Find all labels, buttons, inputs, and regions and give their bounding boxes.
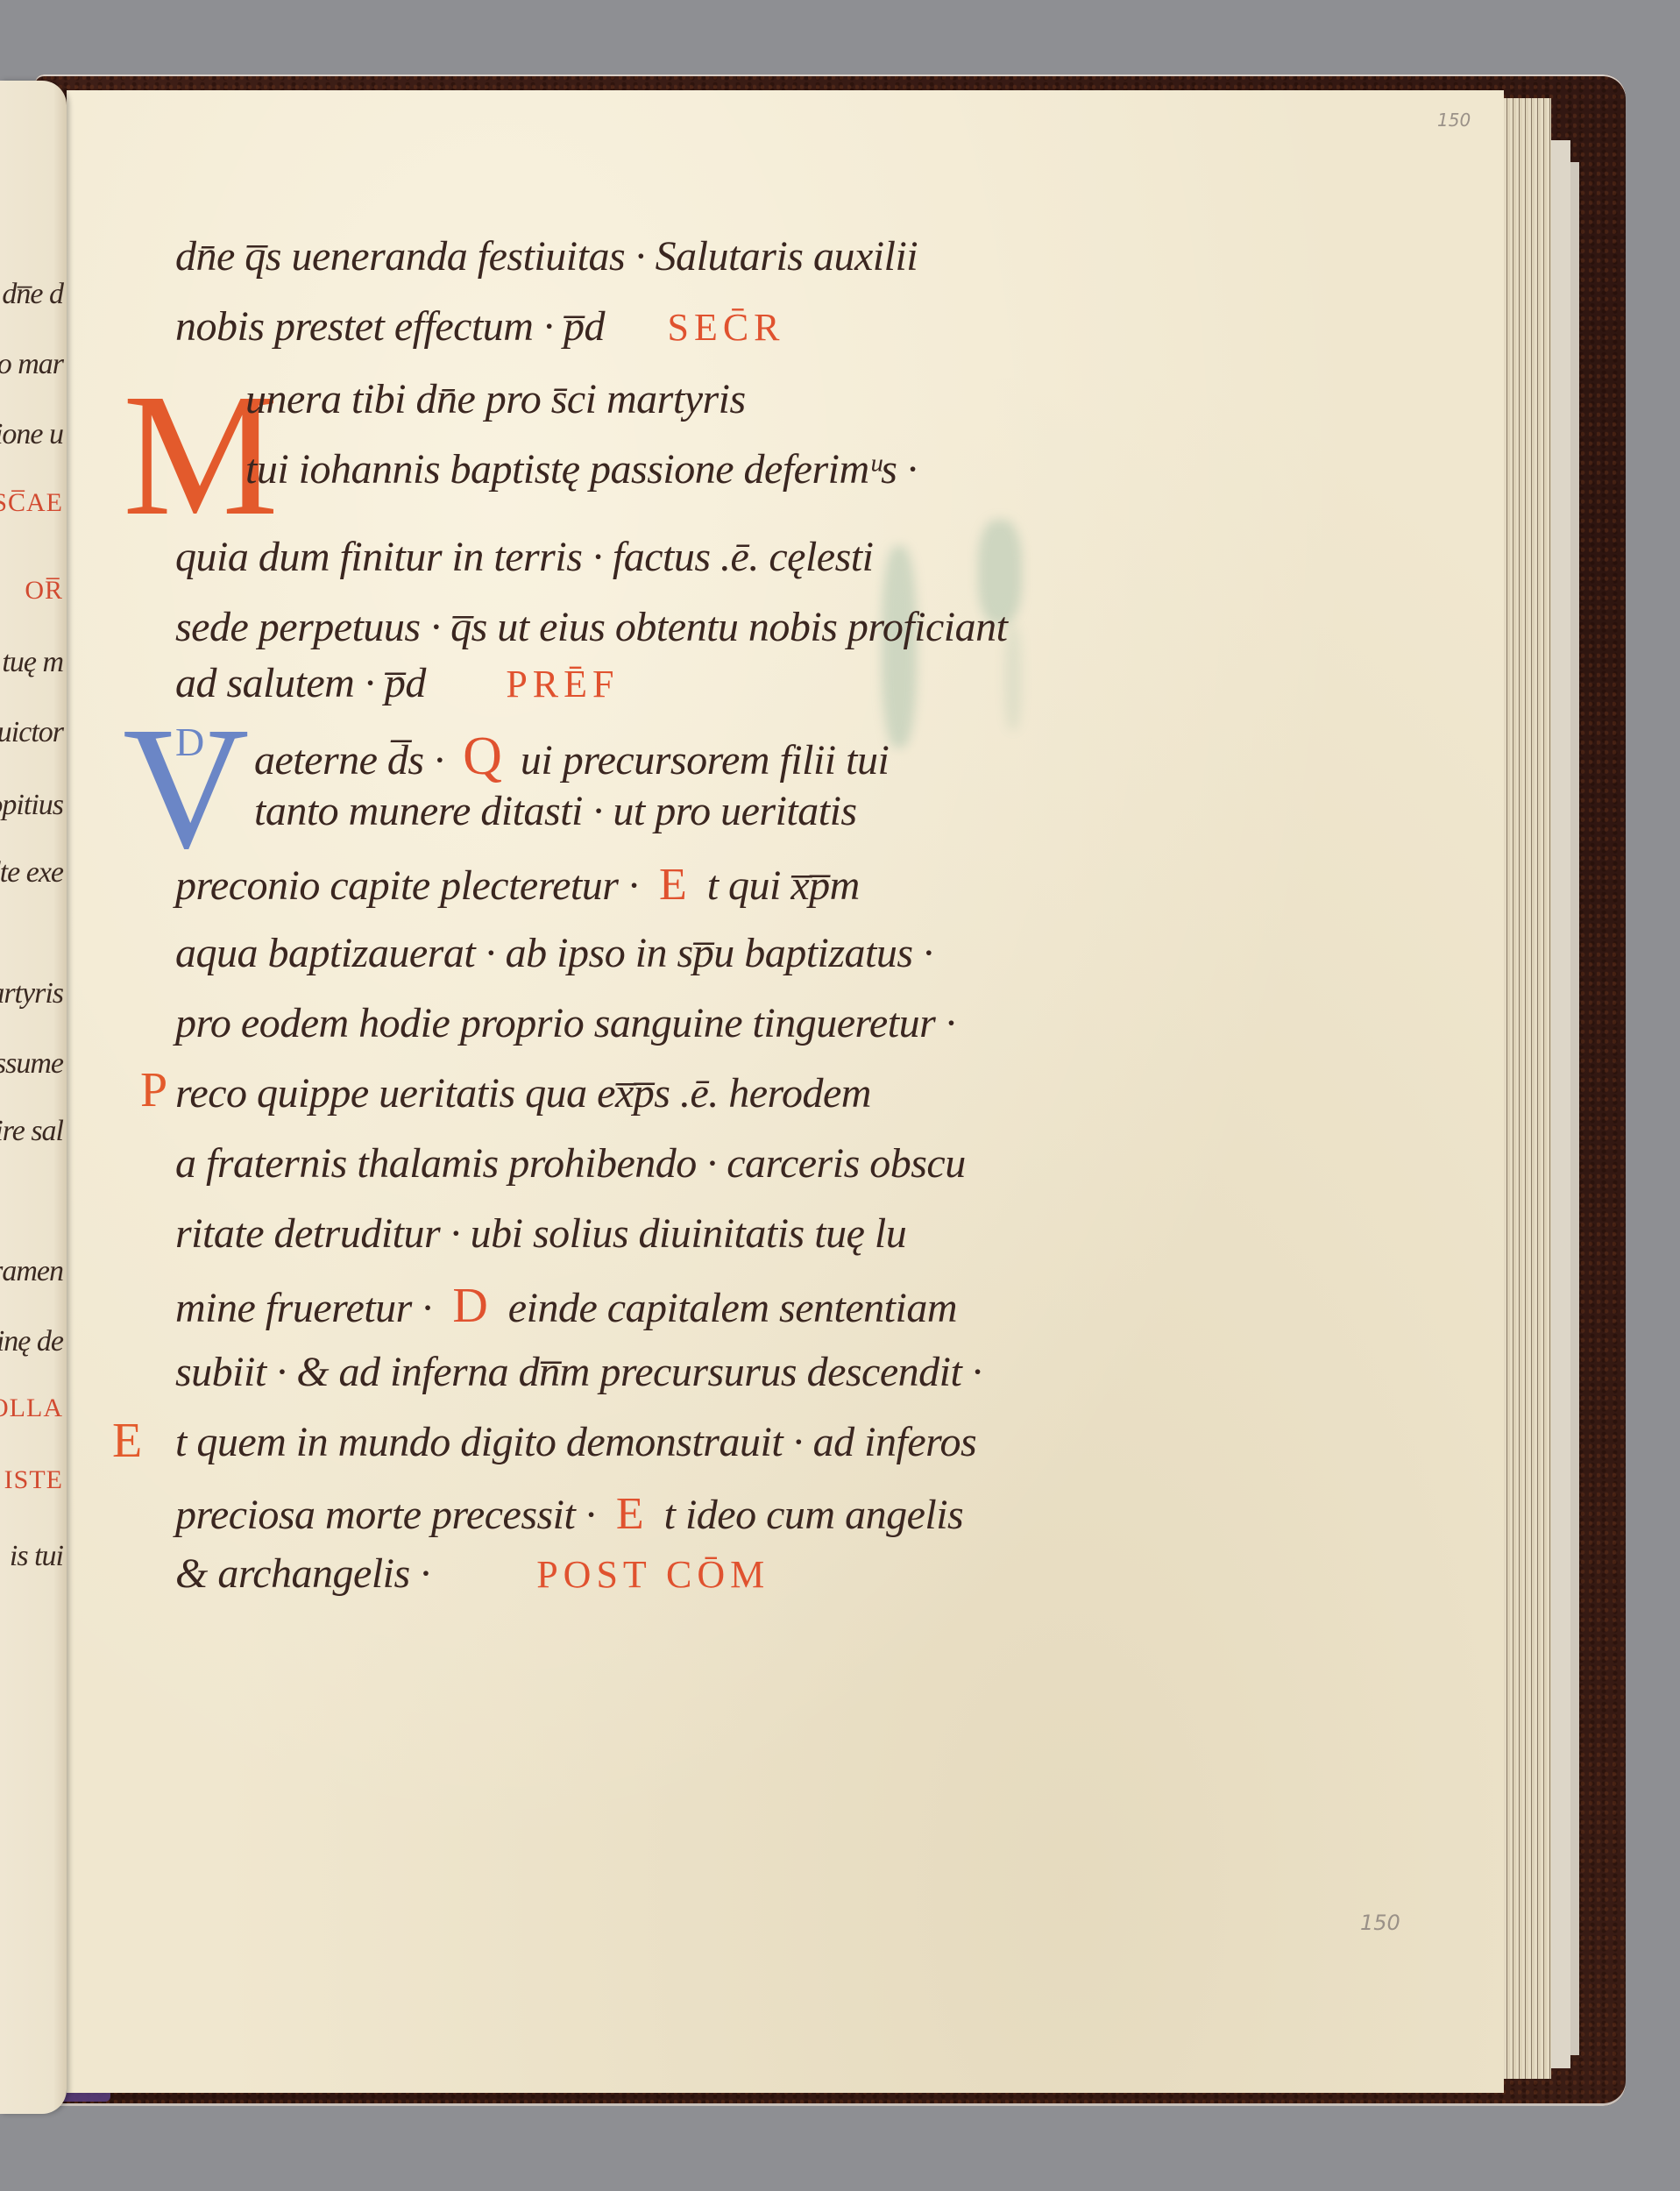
rubric-prefatio: PRĒF — [506, 663, 619, 706]
text-line-17: subiit · & ad inferna dn̅m precursurus d… — [175, 1348, 982, 1396]
red-initial-E-2: E — [616, 1489, 643, 1539]
folio-number-top: 150 — [1437, 110, 1471, 131]
red-initial-P: P — [140, 1062, 167, 1118]
text-line-3: unera tibi dn̄e pro s̄ci martyris — [245, 375, 746, 423]
verso-line: ę tuę m — [0, 646, 63, 679]
text-line-1: dn̄e q̅s ueneranda festiuitas · Salutari… — [175, 232, 918, 280]
verso-line: ano mar — [0, 348, 63, 381]
folio-number-bottom: 150 — [1360, 1911, 1400, 1935]
text-line-18: t quem in mundo digito demonstrauit · ad… — [175, 1418, 976, 1466]
verso-line: dte exe — [0, 856, 63, 890]
verso-rubric: COLLA — [0, 1393, 63, 1423]
red-initial-E-margin: E — [112, 1413, 142, 1469]
text-line-20: & archangelis · POST CŌM — [175, 1549, 769, 1598]
verso-rubric: ISTE — [4, 1465, 63, 1495]
verso-rubric: OR̅ — [25, 576, 63, 606]
verso-line: uenire sal — [0, 1115, 63, 1148]
verso-line: ttione u — [0, 418, 63, 451]
text-line-16: mine frueretur · D einde capitalem sente… — [175, 1278, 957, 1334]
verso-line: acramen — [0, 1255, 63, 1288]
text-line-13: reco quippe ueritatis qua ex̅p̅s .ē. he… — [175, 1069, 871, 1117]
text-line-15: ritate detruditur · ubi solius diuinitat… — [175, 1209, 906, 1258]
text-line-4: tui iohannis baptistę passione deferimᵘs… — [245, 445, 917, 493]
initial-V-superscript-D: D — [175, 719, 204, 765]
text-line-2: nobis prestet effectum · p̅d SEC̄R — [175, 302, 785, 351]
verso-line: q̅s dn̅e d — [0, 278, 63, 311]
verso-line: is tui — [10, 1540, 63, 1573]
rubric-secreta: SEC̄R — [667, 306, 784, 349]
text-line-9: tanto munere ditasti · ut pro ueritatis — [254, 787, 857, 835]
red-initial-D: D — [452, 1279, 487, 1333]
verso-line: martyris — [0, 977, 63, 1010]
text-line-19: preciosa morte precessit · E t ideo cum … — [175, 1488, 963, 1540]
verso-rubric: SC̅AE — [0, 488, 63, 518]
verso-line: Sabinę de — [0, 1325, 63, 1358]
text-line-11: aqua baptizauerat · ab ipso in sp̅u bapt… — [175, 929, 933, 977]
text-line-5: quia dum finitur in terris · factus .ē.… — [175, 533, 873, 581]
verso-line: li uictor — [0, 716, 63, 749]
text-line-7: ad salutem · p̅d PRĒF — [175, 659, 620, 707]
verso-page-edge: q̅s dn̅e d ano mar ttione u SC̅AE OR̅ ę … — [0, 81, 67, 2114]
text-line-14: a fraternis thalamis prohibendo · carcer… — [175, 1139, 966, 1188]
rubric-postcommunio: POST CŌM — [536, 1553, 769, 1596]
verso-line: ropitius — [0, 789, 63, 822]
text-line-6: sede perpetuus · q̅s ut eius obtentu nob… — [175, 603, 1007, 651]
text-line-12: pro eodem hodie proprio sanguine tinguer… — [175, 999, 955, 1047]
red-initial-Q: Q — [463, 727, 501, 786]
manuscript-photo: 150 150 M V D dn̄e q̅s ueneranda festiui… — [0, 0, 1680, 2191]
flyleaf-edge — [1551, 140, 1570, 2068]
red-initial-E: E — [659, 860, 686, 910]
verso-line: s assume — [0, 1047, 63, 1081]
text-line-8: aeterne d̅s · Q ui precursorem filii tui — [254, 726, 889, 788]
flyleaf-edge-inner — [1570, 162, 1579, 2055]
text-line-10: preconio capite plecteretur · E t qui x̅… — [175, 859, 860, 911]
